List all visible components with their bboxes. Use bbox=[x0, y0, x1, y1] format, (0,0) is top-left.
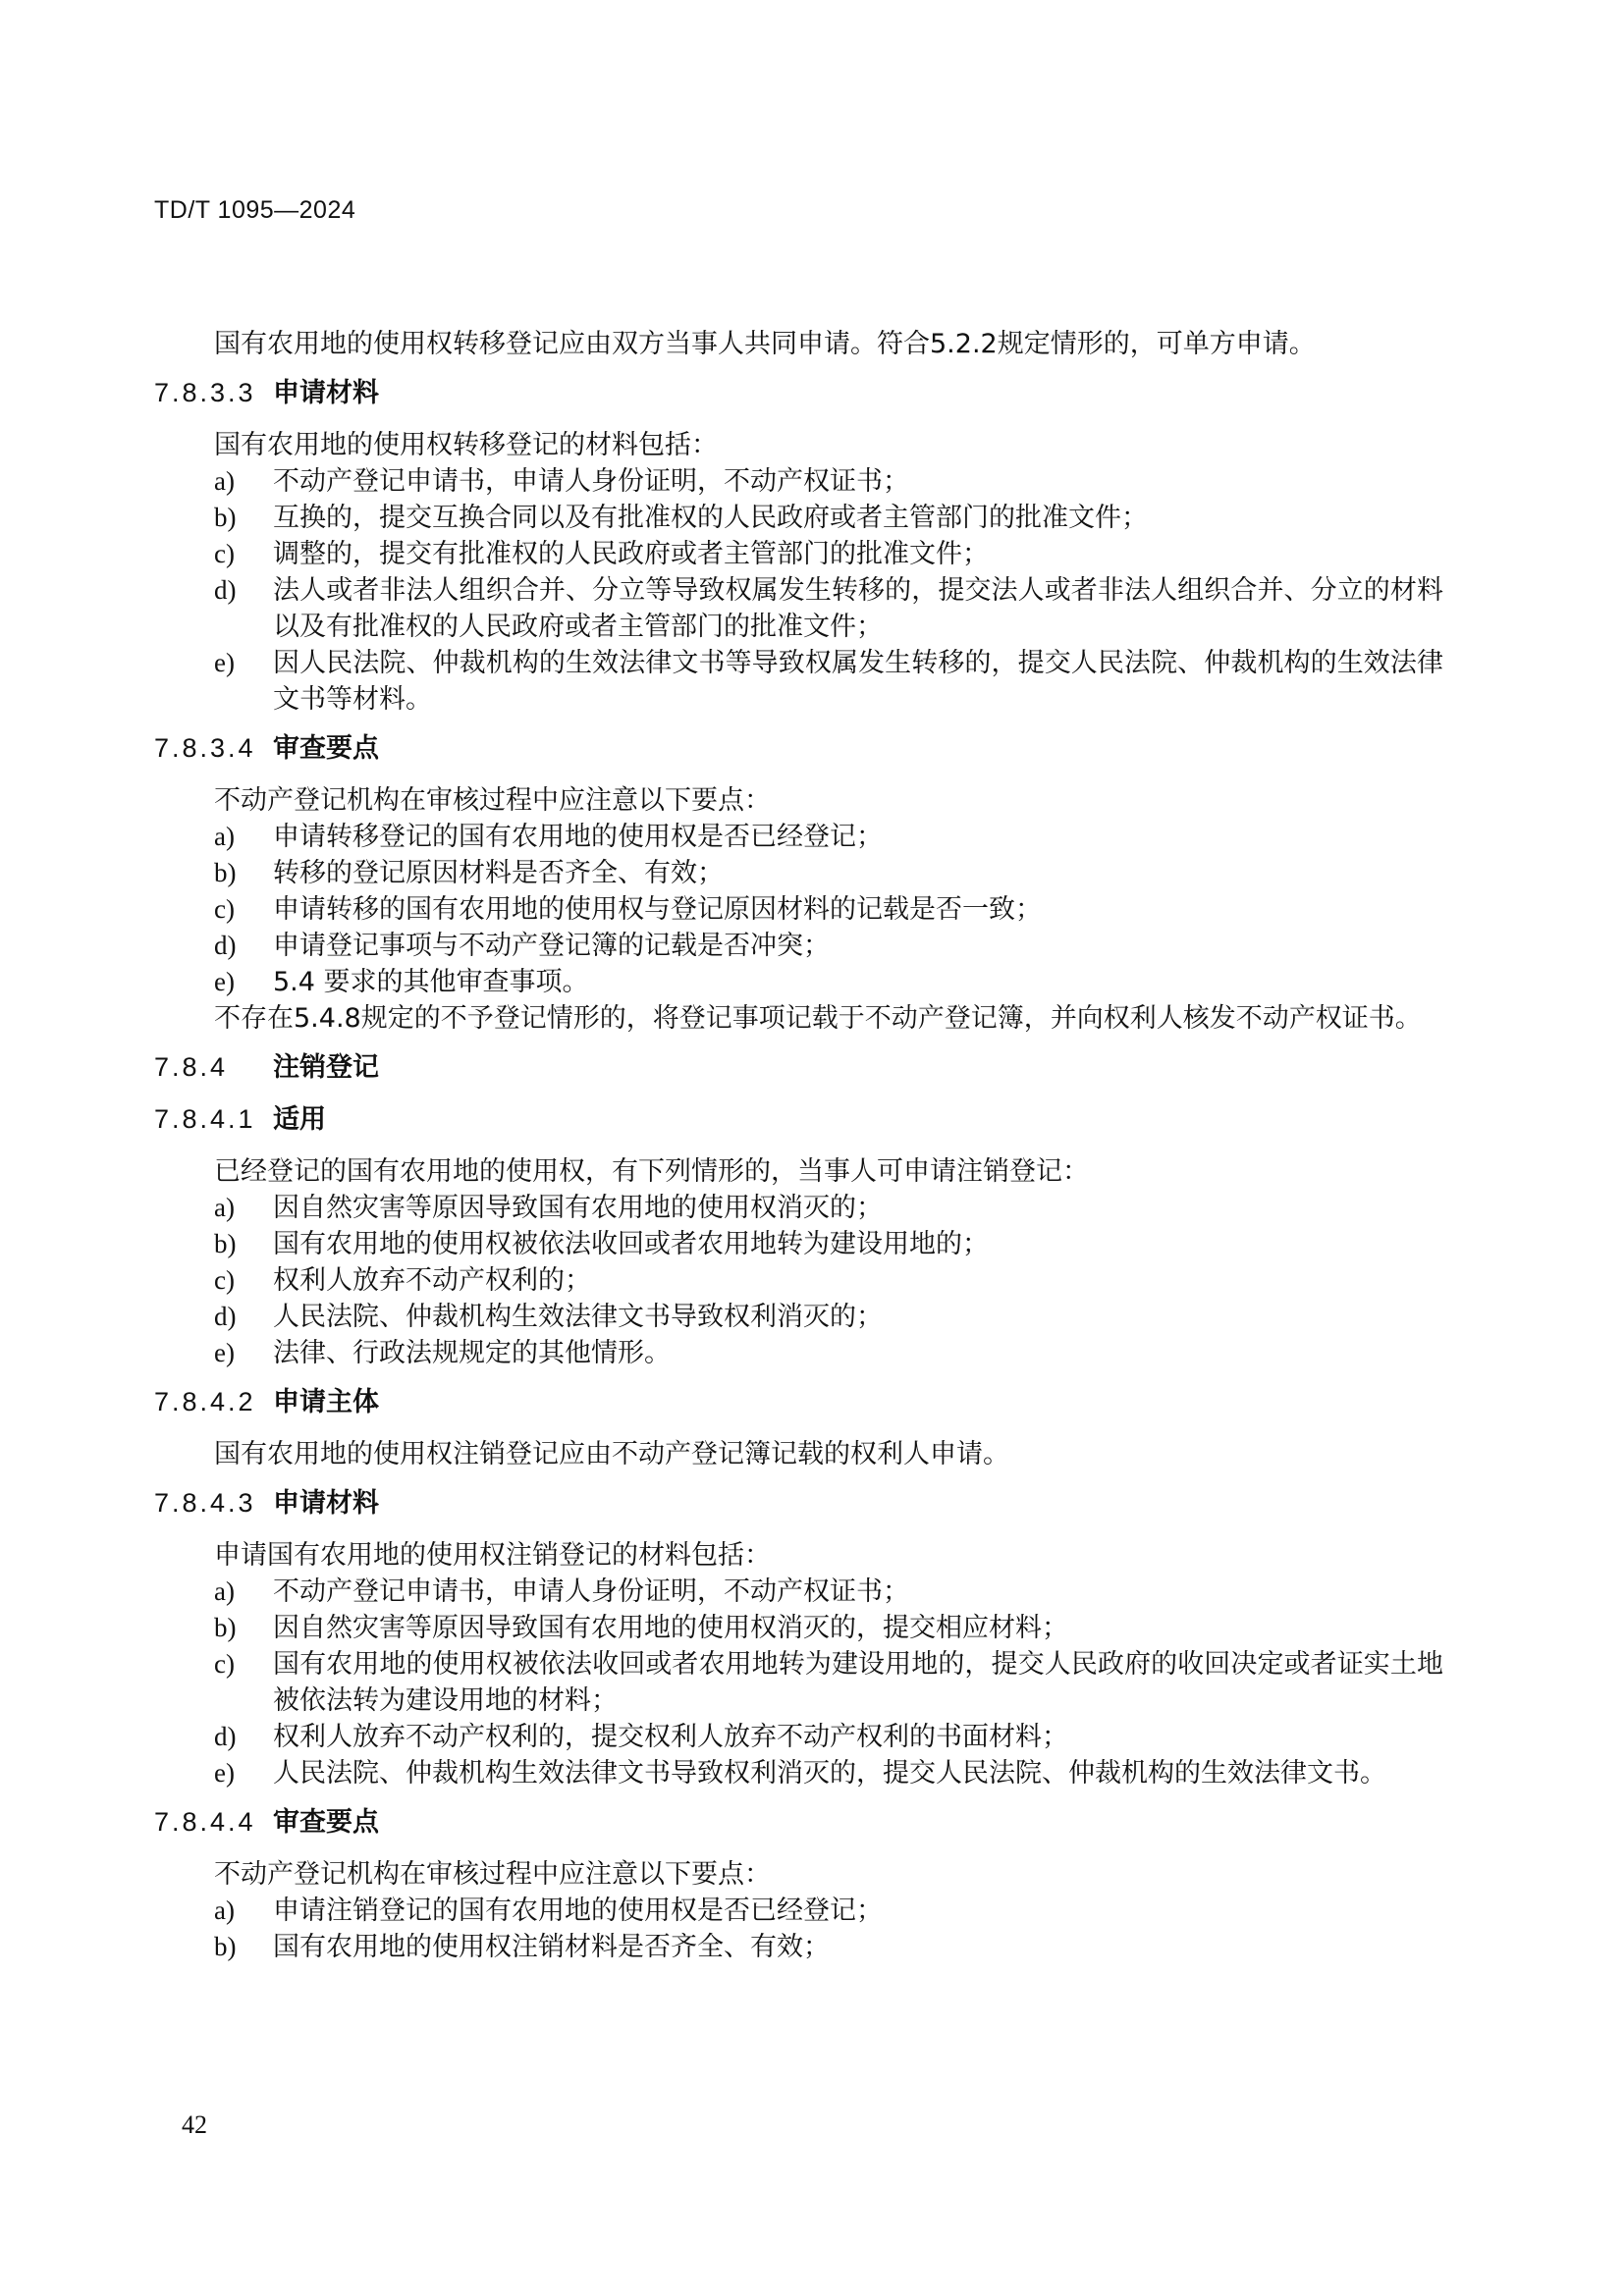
list-label: a) bbox=[214, 1893, 273, 1929]
list-text: 不动产登记申请书，申请人身份证明，不动产权证书； bbox=[273, 463, 1443, 500]
list-label: b) bbox=[214, 500, 273, 536]
section-title: 注销登记 bbox=[273, 1049, 379, 1086]
list-text: 调整的，提交有批准权的人民政府或者主管部门的批准文件； bbox=[273, 536, 1443, 572]
list-label: c) bbox=[214, 1646, 273, 1719]
list-item: b)国有农用地的使用权被依法收回或者农用地转为建设用地的； bbox=[154, 1226, 1443, 1262]
list-item: b)国有农用地的使用权注销材料是否齐全、有效； bbox=[154, 1929, 1443, 1965]
section-number: 7.8.3.4 bbox=[154, 730, 273, 767]
section-lead: 不动产登记机构在审核过程中应注意以下要点： bbox=[154, 1856, 1443, 1893]
list-item: e)因人民法院、仲裁机构的生效法律文书等导致权属发生转移的，提交人民法院、仲裁机… bbox=[154, 645, 1443, 718]
list-label: a) bbox=[214, 1574, 273, 1610]
list-label: e) bbox=[214, 645, 273, 718]
section-title: 适用 bbox=[273, 1101, 326, 1138]
section-heading-7843: 7.8.4.3 申请材料 bbox=[154, 1485, 1443, 1522]
list-label: c) bbox=[214, 1262, 273, 1299]
list-label: d) bbox=[214, 1719, 273, 1755]
list-label: b) bbox=[214, 1929, 273, 1965]
section-title: 申请材料 bbox=[273, 1485, 379, 1522]
section-heading-7844: 7.8.4.4 审查要点 bbox=[154, 1804, 1443, 1841]
list-text: 因自然灾害等原因导致国有农用地的使用权消灭的； bbox=[273, 1190, 1443, 1226]
list-text: 不动产登记申请书，申请人身份证明，不动产权证书； bbox=[273, 1574, 1443, 1610]
intro-paragraph: 国有农用地的使用权转移登记应由双方当事人共同申请。符合5.2.2规定情形的，可单… bbox=[154, 326, 1443, 362]
list-label: b) bbox=[214, 1226, 273, 1262]
section-number: 7.8.4.2 bbox=[154, 1384, 273, 1420]
list-item: a)因自然灾害等原因导致国有农用地的使用权消灭的； bbox=[154, 1190, 1443, 1226]
list-label: a) bbox=[214, 819, 273, 855]
list-item: a)申请注销登记的国有农用地的使用权是否已经登记； bbox=[154, 1893, 1443, 1929]
list-text: 国有农用地的使用权注销材料是否齐全、有效； bbox=[273, 1929, 1443, 1965]
standard-code-header: TD/T 1095—2024 bbox=[154, 196, 355, 225]
section-heading-7834: 7.8.3.4 审查要点 bbox=[154, 730, 1443, 767]
list-item: e)5.4 要求的其他审查事项。 bbox=[154, 964, 1443, 1000]
section-lead: 已经登记的国有农用地的使用权，有下列情形的，当事人可申请注销登记： bbox=[154, 1153, 1443, 1190]
list-label: d) bbox=[214, 928, 273, 964]
list-text: 权利人放弃不动产权利的； bbox=[273, 1262, 1443, 1299]
section-title: 申请主体 bbox=[273, 1384, 379, 1420]
list-text: 因人民法院、仲裁机构的生效法律文书等导致权属发生转移的，提交人民法院、仲裁机构的… bbox=[273, 645, 1443, 718]
section-number: 7.8.4.3 bbox=[154, 1485, 273, 1522]
section-number: 7.8.4.4 bbox=[154, 1804, 273, 1841]
list-label: a) bbox=[214, 1190, 273, 1226]
list-item: d)人民法院、仲裁机构生效法律文书导致权利消灭的； bbox=[154, 1299, 1443, 1335]
list-text: 人民法院、仲裁机构生效法律文书导致权利消灭的，提交人民法院、仲裁机构的生效法律文… bbox=[273, 1755, 1443, 1791]
list-text: 因自然灾害等原因导致国有农用地的使用权消灭的，提交相应材料； bbox=[273, 1610, 1443, 1646]
list-item: c)权利人放弃不动产权利的； bbox=[154, 1262, 1443, 1299]
list-label: e) bbox=[214, 1335, 273, 1371]
list-item: d)权利人放弃不动产权利的，提交权利人放弃不动产权利的书面材料； bbox=[154, 1719, 1443, 1755]
section-heading-7841: 7.8.4.1 适用 bbox=[154, 1101, 1443, 1138]
document-body: 国有农用地的使用权转移登记应由双方当事人共同申请。符合5.2.2规定情形的，可单… bbox=[154, 326, 1443, 1965]
list-text: 5.4 要求的其他审查事项。 bbox=[273, 964, 1443, 1000]
list-label: b) bbox=[214, 1610, 273, 1646]
section-title: 审查要点 bbox=[273, 730, 379, 767]
materials-list-7843: a)不动产登记申请书，申请人身份证明，不动产权证书； b)因自然灾害等原因导致国… bbox=[154, 1574, 1443, 1791]
list-label: d) bbox=[214, 1299, 273, 1335]
list-text: 转移的登记原因材料是否齐全、有效； bbox=[273, 855, 1443, 891]
list-item: c)国有农用地的使用权被依法收回或者农用地转为建设用地的，提交人民政府的收回决定… bbox=[154, 1646, 1443, 1719]
applicable-list-7841: a)因自然灾害等原因导致国有农用地的使用权消灭的； b)国有农用地的使用权被依法… bbox=[154, 1190, 1443, 1371]
list-label: a) bbox=[214, 463, 273, 500]
section-heading-784: 7.8.4 注销登记 bbox=[154, 1049, 1443, 1086]
list-label: d) bbox=[214, 572, 273, 645]
section-lead: 国有农用地的使用权注销登记应由不动产登记簿记载的权利人申请。 bbox=[154, 1436, 1443, 1472]
list-text: 国有农用地的使用权被依法收回或者农用地转为建设用地的，提交人民政府的收回决定或者… bbox=[273, 1646, 1443, 1719]
list-label: e) bbox=[214, 1755, 273, 1791]
review-list-7834: a)申请转移登记的国有农用地的使用权是否已经登记； b)转移的登记原因材料是否齐… bbox=[154, 819, 1443, 1000]
list-label: e) bbox=[214, 964, 273, 1000]
list-text: 申请转移登记的国有农用地的使用权是否已经登记； bbox=[273, 819, 1443, 855]
section-heading-7833: 7.8.3.3 申请材料 bbox=[154, 375, 1443, 411]
list-item: b)互换的，提交互换合同以及有批准权的人民政府或者主管部门的批准文件； bbox=[154, 500, 1443, 536]
list-label: b) bbox=[214, 855, 273, 891]
list-text: 人民法院、仲裁机构生效法律文书导致权利消灭的； bbox=[273, 1299, 1443, 1335]
section-number: 7.8.4.1 bbox=[154, 1101, 273, 1138]
list-text: 权利人放弃不动产权利的，提交权利人放弃不动产权利的书面材料； bbox=[273, 1719, 1443, 1755]
list-text: 国有农用地的使用权被依法收回或者农用地转为建设用地的； bbox=[273, 1226, 1443, 1262]
list-item: d)法人或者非法人组织合并、分立等导致权属发生转移的，提交法人或者非法人组织合并… bbox=[154, 572, 1443, 645]
page-number: 42 bbox=[182, 2110, 207, 2140]
section-tail: 不存在5.4.8规定的不予登记情形的，将登记事项记载于不动产登记簿，并向权利人核… bbox=[154, 1000, 1443, 1037]
section-number: 7.8.4 bbox=[154, 1049, 273, 1086]
list-text: 法人或者非法人组织合并、分立等导致权属发生转移的，提交法人或者非法人组织合并、分… bbox=[273, 572, 1443, 645]
list-text: 申请注销登记的国有农用地的使用权是否已经登记； bbox=[273, 1893, 1443, 1929]
list-text: 互换的，提交互换合同以及有批准权的人民政府或者主管部门的批准文件； bbox=[273, 500, 1443, 536]
list-item: b)转移的登记原因材料是否齐全、有效； bbox=[154, 855, 1443, 891]
list-item: e)人民法院、仲裁机构生效法律文书导致权利消灭的，提交人民法院、仲裁机构的生效法… bbox=[154, 1755, 1443, 1791]
section-heading-7842: 7.8.4.2 申请主体 bbox=[154, 1384, 1443, 1420]
list-item: c)调整的，提交有批准权的人民政府或者主管部门的批准文件； bbox=[154, 536, 1443, 572]
section-lead: 不动产登记机构在审核过程中应注意以下要点： bbox=[154, 782, 1443, 819]
section-number: 7.8.3.3 bbox=[154, 375, 273, 411]
list-item: b)因自然灾害等原因导致国有农用地的使用权消灭的，提交相应材料； bbox=[154, 1610, 1443, 1646]
list-item: c)申请转移的国有农用地的使用权与登记原因材料的记载是否一致； bbox=[154, 891, 1443, 928]
list-item: e)法律、行政法规规定的其他情形。 bbox=[154, 1335, 1443, 1371]
list-label: c) bbox=[214, 891, 273, 928]
list-label: c) bbox=[214, 536, 273, 572]
list-text: 申请转移的国有农用地的使用权与登记原因材料的记载是否一致； bbox=[273, 891, 1443, 928]
section-lead: 申请国有农用地的使用权注销登记的材料包括： bbox=[154, 1537, 1443, 1574]
list-item: d)申请登记事项与不动产登记簿的记载是否冲突； bbox=[154, 928, 1443, 964]
list-text: 法律、行政法规规定的其他情形。 bbox=[273, 1335, 1443, 1371]
list-item: a)不动产登记申请书，申请人身份证明，不动产权证书； bbox=[154, 463, 1443, 500]
list-text: 申请登记事项与不动产登记簿的记载是否冲突； bbox=[273, 928, 1443, 964]
materials-list-7833: a)不动产登记申请书，申请人身份证明，不动产权证书； b)互换的，提交互换合同以… bbox=[154, 463, 1443, 718]
review-list-7844: a)申请注销登记的国有农用地的使用权是否已经登记； b)国有农用地的使用权注销材… bbox=[154, 1893, 1443, 1965]
section-title: 申请材料 bbox=[273, 375, 379, 411]
section-lead: 国有农用地的使用权转移登记的材料包括： bbox=[154, 427, 1443, 463]
list-item: a)不动产登记申请书，申请人身份证明，不动产权证书； bbox=[154, 1574, 1443, 1610]
list-item: a)申请转移登记的国有农用地的使用权是否已经登记； bbox=[154, 819, 1443, 855]
section-title: 审查要点 bbox=[273, 1804, 379, 1841]
